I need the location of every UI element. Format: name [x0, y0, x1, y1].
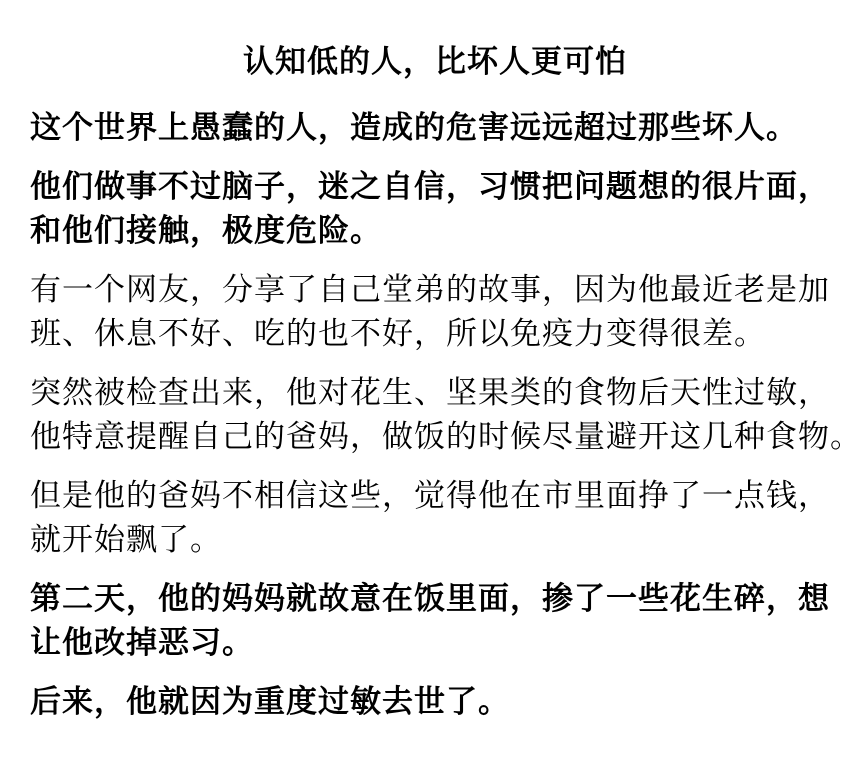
paragraph-line: 突然被检查出来，他对花生、坚果类的食物后天性过敏， — [30, 371, 840, 415]
paragraph-line: 第二天，他的妈妈就故意在饭里面，掺了一些花生碎，想 — [30, 577, 840, 621]
paragraph-line: 这个世界上愚蠢的人，造成的危害远远超过那些坏人。 — [30, 106, 840, 150]
article-title: 认知低的人，比坏人更可怕 — [30, 40, 840, 84]
paragraph-4: 突然被检查出来，他对花生、坚果类的食物后天性过敏， 他特意提醒自己的爸妈，做饭的… — [30, 371, 840, 459]
paragraph-6: 第二天，他的妈妈就故意在饭里面，掺了一些花生碎，想 让他改掉恶习。 — [30, 577, 840, 665]
paragraph-1: 这个世界上愚蠢的人，造成的危害远远超过那些坏人。 — [30, 106, 840, 150]
paragraph-line: 后来，他就因为重度过敏去世了。 — [30, 680, 840, 724]
document-page: 认知低的人，比坏人更可怕 这个世界上愚蠢的人，造成的危害远远超过那些坏人。 他们… — [0, 0, 868, 780]
paragraph-5: 但是他的爸妈不相信这些，觉得他在市里面挣了一点钱， 就开始飘了。 — [30, 474, 840, 562]
paragraph-3: 有一个网友，分享了自己堂弟的故事，因为他最近老是加 班、休息不好、吃的也不好，所… — [30, 268, 840, 356]
paragraph-2: 他们做事不过脑子，迷之自信，习惯把问题想的很片面， 和他们接触，极度危险。 — [30, 165, 840, 253]
paragraph-line: 就开始飘了。 — [30, 518, 840, 562]
paragraph-line: 他们做事不过脑子，迷之自信，习惯把问题想的很片面， — [30, 165, 840, 209]
paragraph-line: 和他们接触，极度危险。 — [30, 209, 840, 253]
paragraph-line: 班、休息不好、吃的也不好，所以免疫力变得很差。 — [30, 312, 840, 356]
paragraph-line: 但是他的爸妈不相信这些，觉得他在市里面挣了一点钱， — [30, 474, 840, 518]
paragraph-line: 他特意提醒自己的爸妈，做饭的时候尽量避开这几种食物。 — [30, 415, 840, 459]
paragraph-line: 有一个网友，分享了自己堂弟的故事，因为他最近老是加 — [30, 268, 840, 312]
article: 认知低的人，比坏人更可怕 这个世界上愚蠢的人，造成的危害远远超过那些坏人。 他们… — [0, 0, 868, 724]
paragraph-line: 让他改掉恶习。 — [30, 621, 840, 665]
paragraph-7: 后来，他就因为重度过敏去世了。 — [30, 680, 840, 724]
